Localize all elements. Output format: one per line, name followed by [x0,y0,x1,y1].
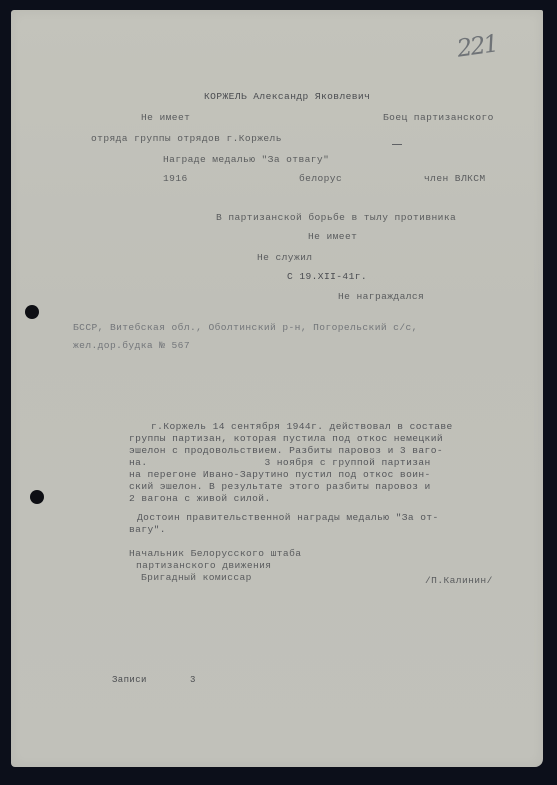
narrative-line-2: группы партизан, которая пустила под отк… [129,434,443,444]
header-line9: Не награждался [338,292,424,302]
narrative-line-4: на. 3 ноября с группой партизан [129,458,431,468]
header-line1-left: Не имеет [141,113,190,123]
header-line2: отряда группы отрядов г.Коржель [91,134,282,144]
footer-value: 3 [190,676,196,685]
signature-title-line-3: Бригадный комиссар [141,573,252,583]
person-name: КОРЖЕЛЬ Александр Яковлевич [204,92,370,102]
narrative-line-6: ский эшелон. В результате этого разбиты … [129,482,431,492]
archive-sheet-number: 221 [455,29,498,62]
narrative-line-3: эшелон с продовольствием. Разбиты парово… [129,446,443,456]
narrative-line-1: г.Коржель 14 сентября 1944г. действовал … [151,422,453,432]
header-party: член ВЛКСМ [424,174,486,184]
punch-hole-bottom [30,490,44,504]
punch-hole-top [25,305,39,319]
header-line5: В партизанской борьбе в тылу противника [216,213,456,223]
header-line8: С 19.XII-41г. [287,272,367,282]
address-line-2: жел.дор.будка № 567 [73,341,190,351]
narrative-line-7: 2 вагона с живой силой. [129,494,271,504]
signature-title-line-2: партизанского движения [136,561,271,571]
header-year: 1916 [163,174,188,184]
header-line1-right: Боец партизанского [383,113,494,123]
document-page: 221 КОРЖЕЛЬ Александр Яковлевич Не имеет… [11,10,543,767]
header-nationality: белорус [299,174,342,184]
signature-name: /П.Калинин/ [425,576,493,586]
signature-title-line-1: Начальник Белорусского штаба [129,549,301,559]
recommendation-line-1: Достоин правительственной награды медаль… [137,513,439,523]
header-line7: Не служил [257,253,312,263]
recommendation-line-2: вагу". [129,525,166,535]
narrative-line-5: на перегоне Ивано-Зарутино пустил под от… [129,470,431,480]
dash-mark [392,144,402,145]
address-line-1: БССР, Витебская обл., Оболтинский р-н, П… [73,323,418,333]
header-line6: Не имеет [308,232,357,242]
footer-label: Записи [112,676,147,685]
header-line3: Награде медалью "За отвагу" [163,155,329,165]
